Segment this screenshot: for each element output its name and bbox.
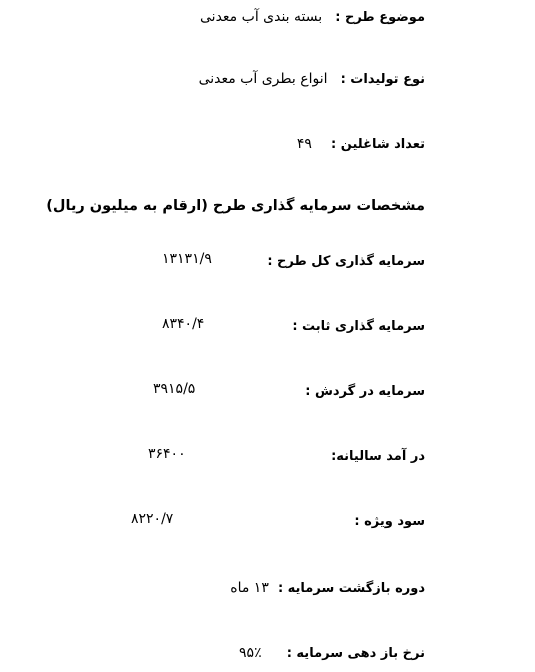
net-profit-value: ۸۲۲۰/۷: [131, 512, 173, 526]
subject-value: بسته بندی آب معدنی: [200, 9, 322, 25]
net-profit-label: سود ویژه :: [354, 515, 425, 528]
annual-revenue-label: در آمد سالیانه:: [331, 450, 425, 463]
return-rate-label: نرخ باز دهی سرمایه :: [287, 646, 425, 661]
return-rate-value: ٪۹۵: [239, 645, 262, 661]
products-label: نوع تولیدات :: [341, 72, 425, 87]
payback-value: ۱۳ ماه: [230, 580, 269, 596]
fixed-investment-label: سرمایه گذاری ثابت :: [292, 320, 425, 333]
return-rate-row: نرخ باز دهی سرمایه : ٪۹۵: [239, 644, 425, 660]
payback-row: دوره بازگشت سرمایه : ۱۳ ماه: [230, 579, 425, 595]
subject-row: موضوع طرح : بسته بندی آب معدنی: [200, 8, 425, 24]
total-investment-label: سرمایه گذاری کل طرح :: [267, 255, 425, 268]
annual-revenue-value: ۳۶۴۰۰: [148, 447, 186, 461]
subject-label: موضوع طرح :: [335, 10, 425, 25]
working-capital-value: ۳۹۱۵/۵: [153, 382, 195, 396]
fixed-investment-value: ۸۳۴۰/۴: [162, 317, 204, 331]
employees-value: ۴۹: [297, 136, 312, 152]
employees-label: تعداد شاغلین :: [331, 137, 425, 152]
total-investment-value: ۱۳۱۳۱/۹: [162, 252, 212, 266]
payback-label: دوره بازگشت سرمایه :: [278, 581, 425, 596]
employees-row: تعداد شاغلین : ۴۹: [297, 135, 425, 151]
investment-heading: مشخصات سرمایه گذاری طرح (ارقام به میلیون…: [46, 199, 425, 214]
working-capital-label: سرمایه در گردش :: [305, 385, 425, 398]
products-value: انواع بطری آب معدنی: [199, 71, 328, 87]
products-row: نوع تولیدات : انواع بطری آب معدنی: [199, 70, 425, 86]
